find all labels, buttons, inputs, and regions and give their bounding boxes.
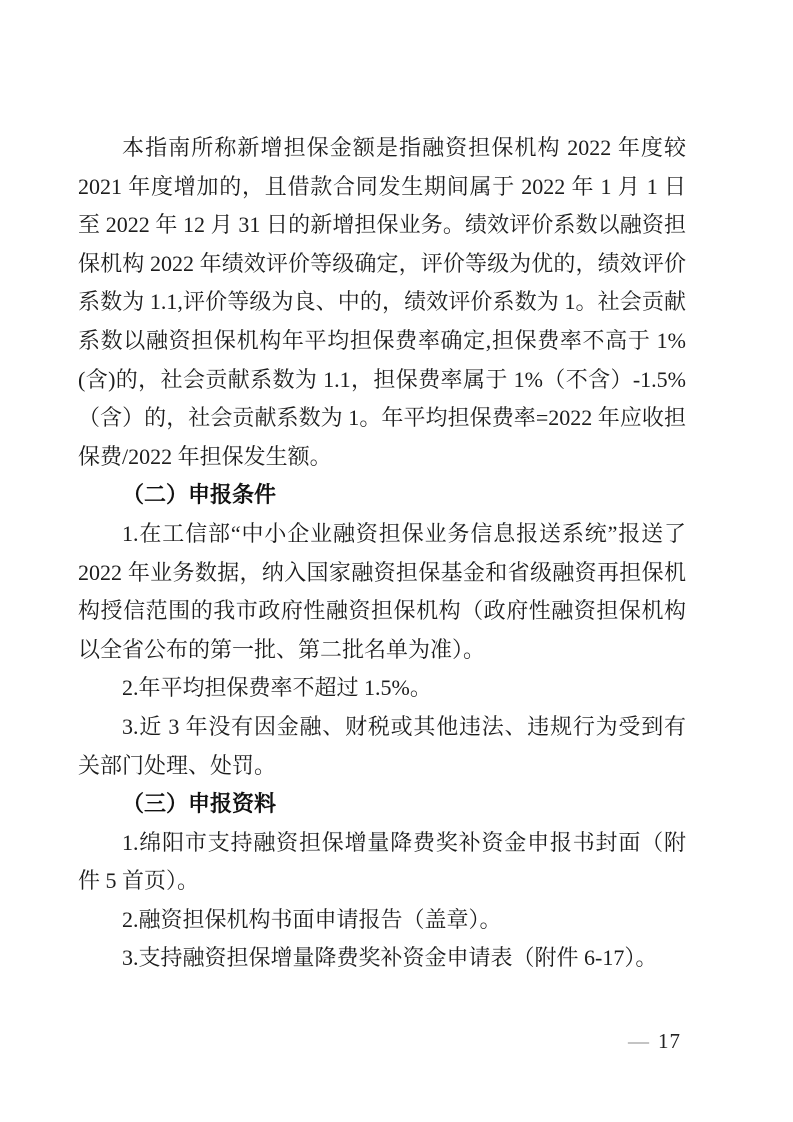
paragraph-condition-3: 3.近 3 年没有因金融、财税或其他违法、违规行为受到有关部门处理、处罚。 [78,708,686,785]
document-content: 本指南所称新增担保金额是指融资担保机构 2022 年度较 2021 年度增加的，… [78,129,686,978]
section-heading-application-materials: （三）申报资料 [78,785,686,824]
paragraph-material-1: 1.绵阳市支持融资担保增量降费奖补资金申报书封面（附件 5 首页）。 [78,824,686,901]
page-number: 17 [658,1031,681,1052]
section-heading-application-conditions: （二）申报条件 [78,476,686,515]
footer-dash: — [628,1031,649,1052]
paragraph-new-guarantee-definition: 本指南所称新增担保金额是指融资担保机构 2022 年度较 2021 年度增加的，… [78,129,686,476]
paragraph-condition-1: 1.在工信部“中小企业融资担保业务信息报送系统”报送了 2022 年业务数据，纳… [78,515,686,669]
document-page: 本指南所称新增担保金额是指融资担保机构 2022 年度较 2021 年度增加的，… [0,0,793,1122]
page-footer: — 17 [628,1031,681,1052]
paragraph-condition-2: 2.年平均担保费率不超过 1.5%。 [78,669,686,708]
paragraph-material-3: 3.支持融资担保增量降费奖补资金申请表（附件 6-17）。 [78,939,686,978]
paragraph-material-2: 2.融资担保机构书面申请报告（盖章）。 [78,901,686,940]
